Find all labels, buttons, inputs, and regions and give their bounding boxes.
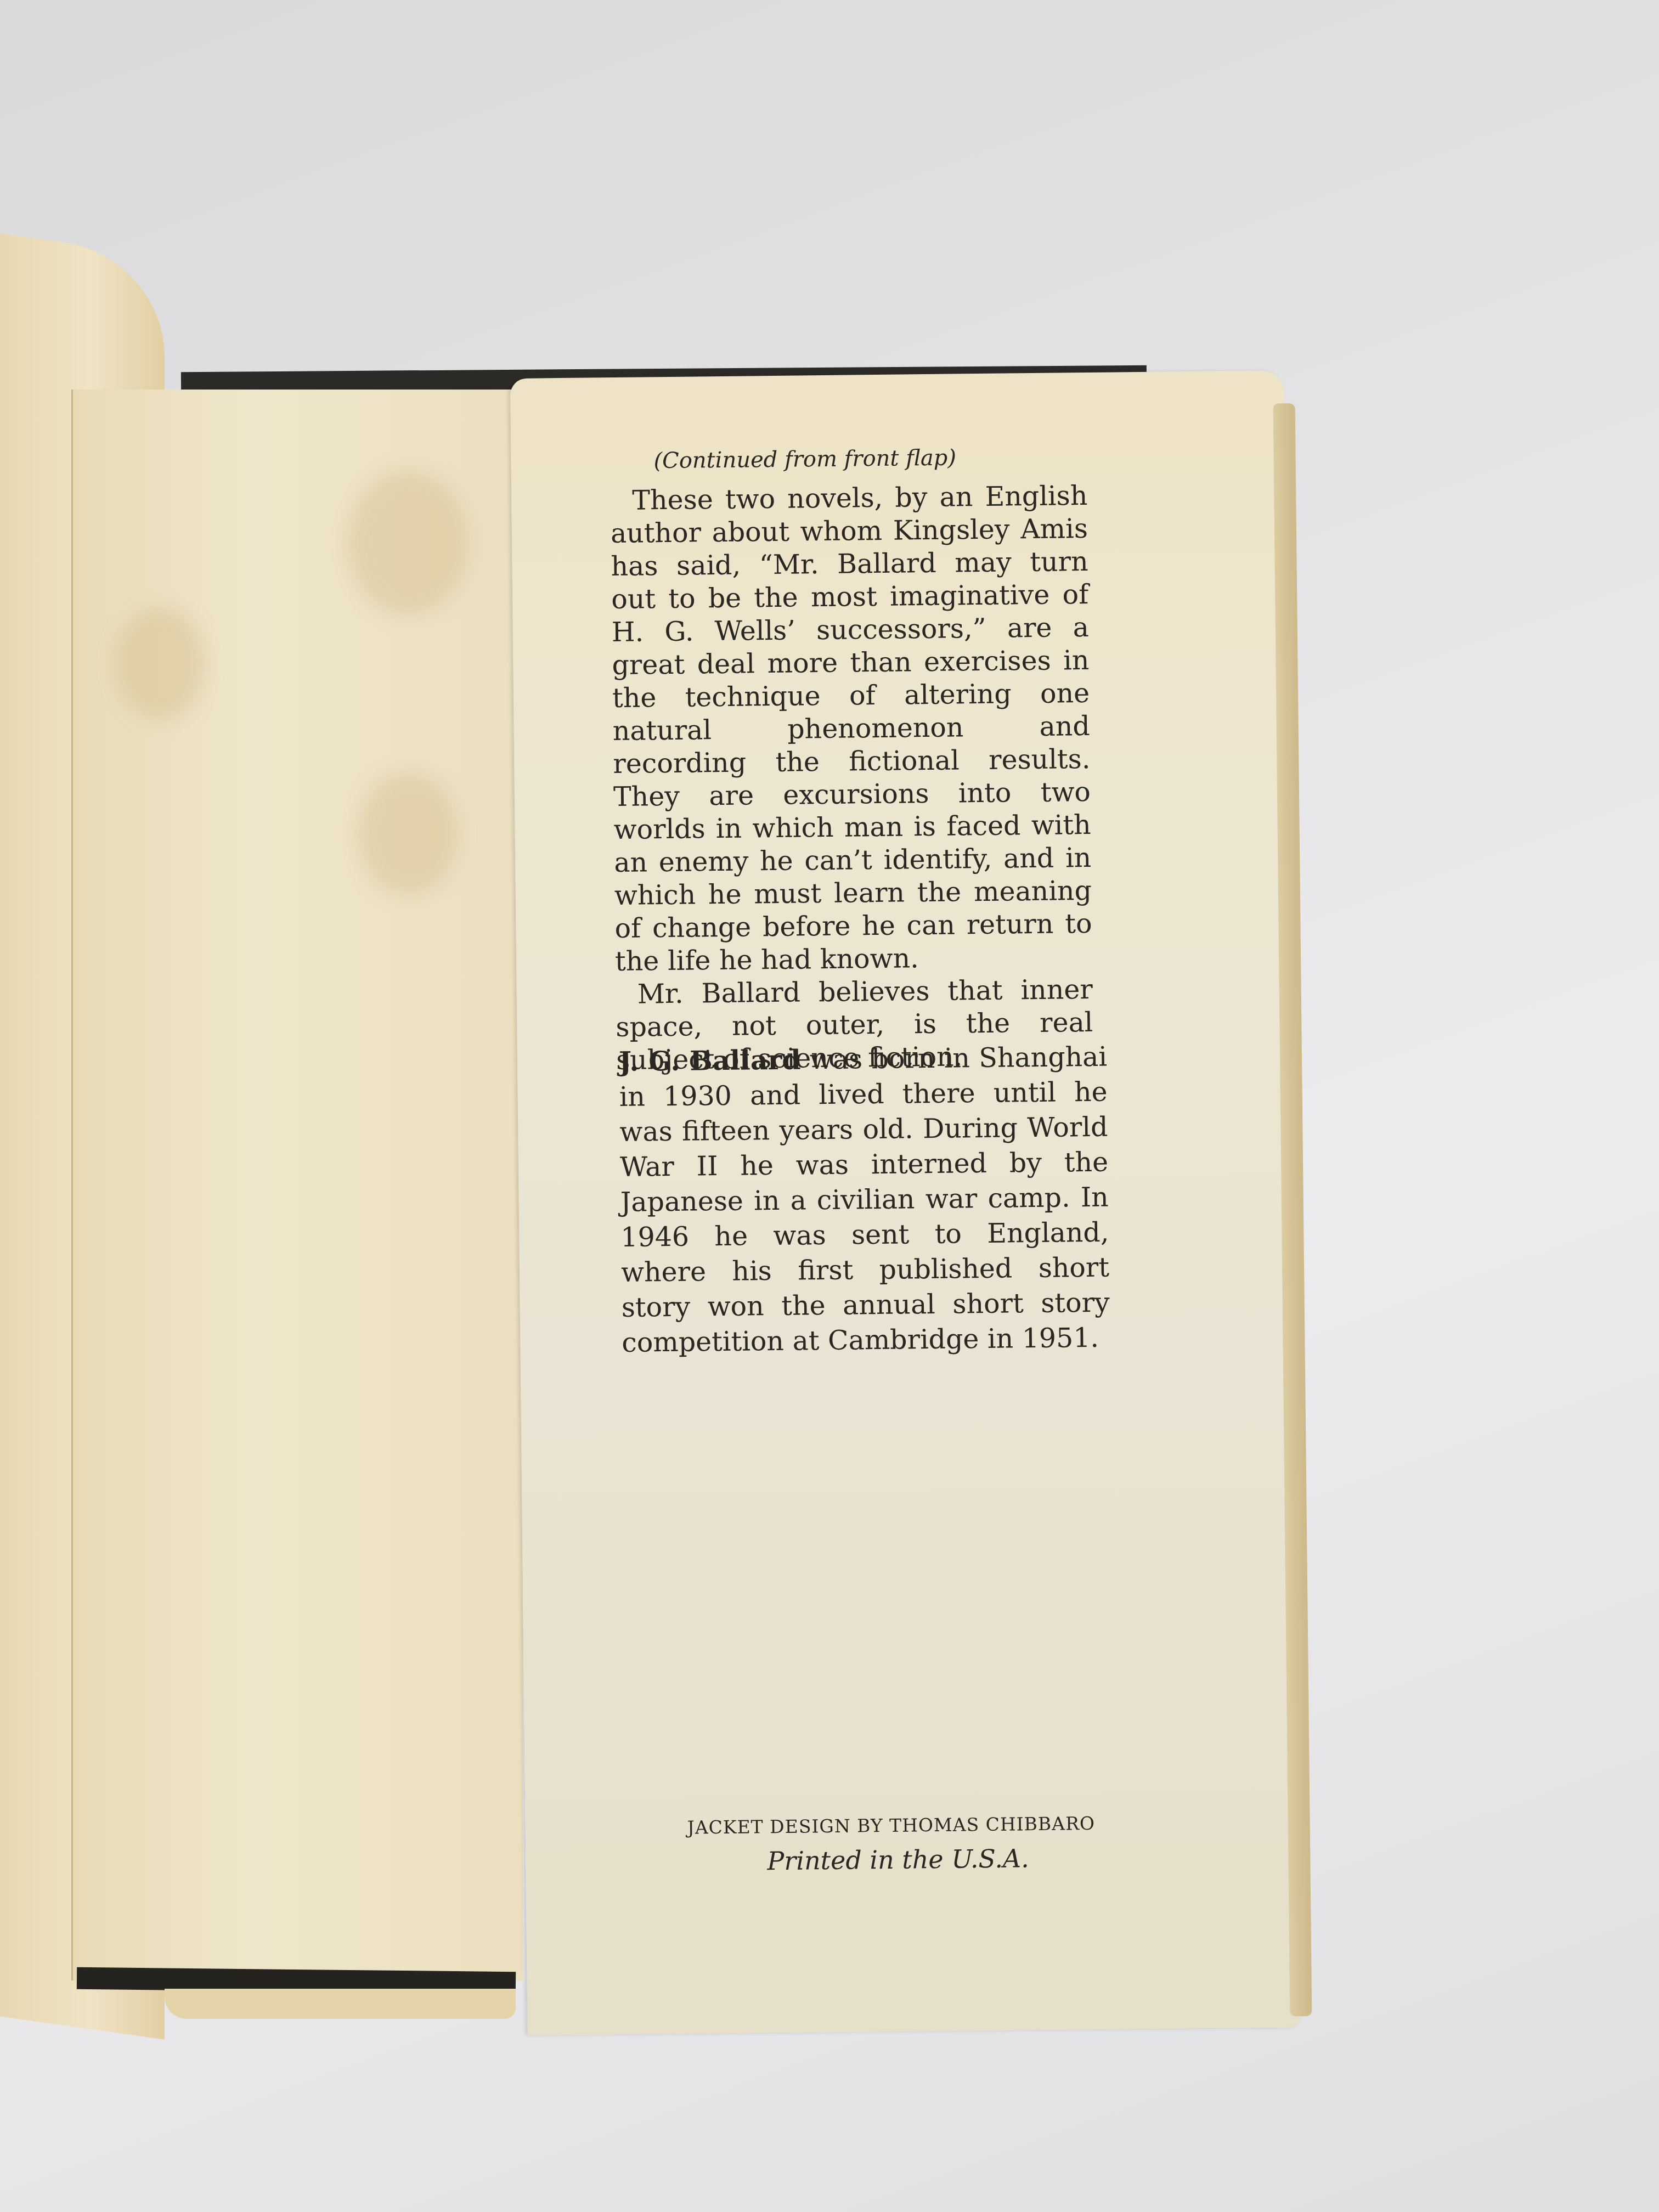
author-bio-text: was born in Shanghai in 1930 and lived t… (619, 1041, 1110, 1358)
description-text: These two novels, by an English author a… (610, 479, 1093, 1077)
stain (117, 609, 205, 719)
continued-note: (Continued from front flap) (653, 445, 956, 473)
printed-in-note: Printed in the U.S.A. (767, 1843, 1029, 1876)
description-paragraph-1: These two novels, by an English author a… (610, 479, 1092, 978)
endpaper (71, 390, 523, 1980)
stain (347, 472, 468, 614)
jacket-design-credit: JACKET DESIGN BY THOMAS CHIBBARO (687, 1813, 1095, 1838)
stain (358, 774, 457, 894)
endpaper-torn-edge (165, 1989, 516, 2019)
author-bio: J. G. Ballard was born in Shanghai in 19… (619, 1039, 1110, 1361)
author-name: J. G. Ballard (619, 1044, 801, 1077)
jacket-flap: (Continued from front flap) These two no… (510, 370, 1301, 2035)
